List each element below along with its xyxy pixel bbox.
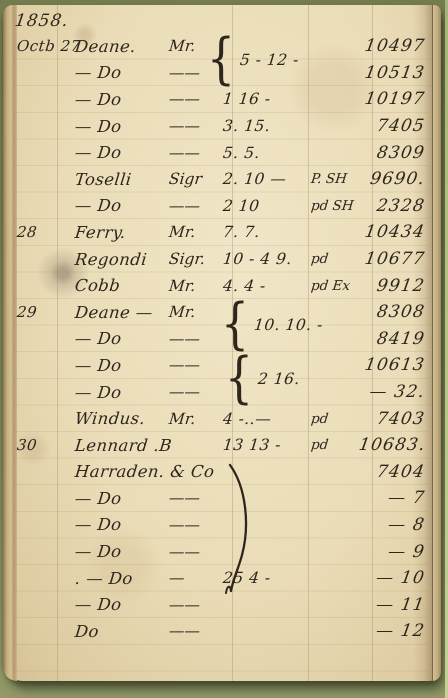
brace-amount: 2 16. [257,370,301,388]
ledger-row: — Do —— — 11 [13,591,429,618]
cell-number: 7404 [357,462,430,482]
cell-name: Regondi [64,250,170,269]
cell-number: — 8 [357,515,430,535]
cell-name: — Do [64,595,170,614]
ledger-row: — Do —— — 32. [13,379,429,406]
cell-title: —— [168,330,220,348]
cell-amount: 4 -..— [218,410,312,428]
ledger-row: — Do —— — 8 [13,512,429,539]
cell-paid: pd Ex [310,278,360,294]
cell-amount: 2. 10 — [218,170,312,188]
cell-name: Deane. [64,37,170,56]
cell-title: Sigr. [168,250,220,268]
cell-title: —— [168,596,220,614]
cell-name: — Do [64,329,170,348]
cell-title: —— [168,622,220,640]
cell-name: — Do [64,90,170,109]
cell-name: Deane — [64,303,170,322]
cell-number: 10613 [357,355,430,375]
cell-amount: 3. 15. [218,117,312,135]
ledger-row: — Do —— 2 10 pd SH 2328 [13,193,429,220]
cell-name: Do [64,622,170,641]
ledger-row: Harraden. & Co 7404 [13,459,429,486]
cell-title: Mr. [168,277,220,295]
cell-date: Octb 27 [12,37,66,55]
cell-number: 10513 [357,63,430,83]
cell-name: Harraden. & Co [64,462,170,481]
cell-amount: 2 10 [218,197,312,215]
cell-date: 28 [12,223,66,241]
cell-title: Sigr [168,170,220,188]
cell-paid: pd SH [310,198,360,214]
ledger-page: 1858. Octb 27 Deane. Mr. 10497 — Do —— 1… [3,5,441,681]
cell-number: 9690. [357,169,430,189]
curly-brace-icon: { [221,297,249,352]
cell-amount: 7. 7. [218,223,312,241]
brace-amount: 10. 10. - [253,316,324,334]
cell-title: —— [168,489,220,507]
cell-number: 2328 [357,196,430,216]
facing-page-edge [432,5,441,681]
cell-name: Toselli [64,170,170,189]
cell-name: Cobb [64,276,170,295]
cell-amount: 13 13 - [218,436,312,454]
cell-number: 10683. [357,435,431,455]
brace-group-1: { 5 - 12 - [207,32,299,87]
ledger-row: 28 Ferry. Mr. 7. 7. 10434 [13,219,429,246]
cell-name: — Do [64,356,170,375]
cell-number: 10197 [357,89,430,109]
cell-number: — 9 [357,542,430,562]
brace-amount: 5 - 12 - [239,51,300,69]
cell-number: 8419 [357,329,430,349]
cell-paid: P. SH [310,171,360,187]
cell-name: — Do [64,383,170,402]
cell-number: 8309 [357,143,430,163]
cell-title: —— [168,516,220,534]
cell-paid: pd [310,437,360,453]
cell-title: Mr. [168,303,220,321]
cell-number: — 7 [357,488,430,508]
cell-amount: 10 - 4 9. [218,250,312,268]
cell-paid: pd [310,411,360,427]
cell-number: — 10 [357,568,430,588]
ledger-row: — Do —— 3. 15. 7405 [13,113,429,140]
cell-amount: 5. 5. [218,144,312,162]
cell-number: — 32. [357,382,430,402]
cell-title: —— [168,197,220,215]
cell-name: . — Do [64,569,170,588]
cell-number: 10677 [357,249,430,269]
year-label: 1858. [14,11,70,31]
ledger-row: — Do —— 5. 5. 8309 [13,139,429,166]
cell-title: — [168,569,220,587]
cell-amount: 1 16 - [218,90,312,108]
ledger-rows: Octb 27 Deane. Mr. 10497 — Do —— 10513 —… [13,33,429,673]
cell-name: — Do [64,542,170,561]
cell-name: — Do [64,117,170,136]
ledger-row: — Do —— — 7 [13,485,429,512]
cell-name: Ferry. [64,223,170,242]
ledger-row: Regondi Sigr. 10 - 4 9. pd 10677 [13,246,429,273]
ledger-row: Toselli Sigr 2. 10 — P. SH 9690. [13,166,429,193]
cell-number: 7403 [357,409,430,429]
cell-number: 9912 [357,276,430,296]
brace-group-2: { 10. 10. - [221,297,323,352]
brace-group-3: { 2 16. [225,351,300,406]
cell-name: Windus. [64,409,170,428]
cell-title: Mr. [168,223,220,241]
cell-title: —— [168,90,220,108]
cell-number: 10434 [357,222,430,242]
cell-name: Lennard .B [64,436,170,455]
ledger-row: — Do —— — 9 [13,538,429,565]
ledger-row: . — Do — 25 4 - — 10 [13,565,429,592]
cell-number: 10497 [357,36,430,56]
cell-date: 30 [12,436,66,454]
curly-brace-icon: { [225,351,253,406]
cell-number: 7405 [357,116,430,136]
cell-number: 8308 [357,302,430,322]
ledger-row: Windus. Mr. 4 -..— pd 7403 [13,405,429,432]
tall-brace-icon [225,463,251,599]
cell-title: —— [168,117,220,135]
cell-title: —— [168,356,220,374]
cell-title: —— [168,144,220,162]
cell-name: — Do [64,143,170,162]
cell-number: — 11 [357,595,430,615]
cell-name: — Do [64,489,170,508]
ledger-row: 30 Lennard .B 13 13 - pd 10683. [13,432,429,459]
cell-title: —— [168,383,220,401]
curly-brace-icon: { [207,32,235,87]
cell-title: Mr. [168,410,220,428]
ledger-row: Do —— — 12 [13,618,429,645]
cell-date: 29 [12,303,66,321]
cell-name: — Do [64,196,170,215]
cell-title: —— [168,543,220,561]
cell-paid: pd [310,251,360,267]
cell-number: — 12 [357,621,430,641]
cell-name: — Do [64,63,170,82]
cell-name: — Do [64,515,170,534]
